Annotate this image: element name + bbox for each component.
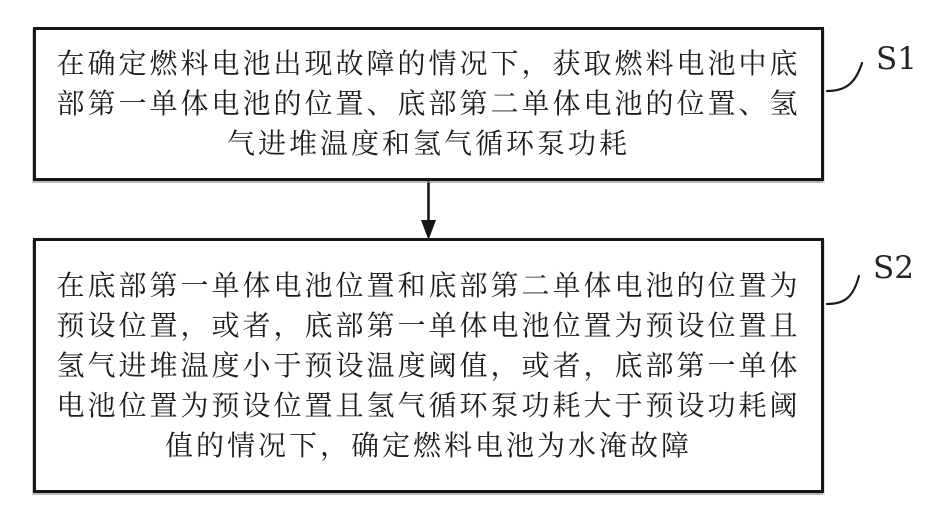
step-box-s2: 在底部第一单体电池位置和底部第二单体电池的位置为 预设位置，或者，底部第一单体电… — [33, 238, 824, 493]
arrowhead-icon — [421, 220, 436, 240]
step-s2-text-line: 值的情况下，确定燃料电池为水淹故障 — [36, 426, 821, 466]
leader-line-s1 — [827, 63, 862, 91]
step-s1-text-line: 部第一单体电池的位置、底部第二单体电池的位置、氢 — [36, 84, 821, 124]
step-label-s2: S2 — [873, 253, 914, 284]
step-box-s1: 在确定燃料电池出现故障的情况下，获取燃料电池中底 部第一单体电池的位置、底部第二… — [33, 27, 824, 181]
step-s2-text-line: 氢气进堆温度小于预设温度阈值，或者，底部第一单体 — [36, 346, 821, 386]
step-s2-text-line: 预设位置，或者，底部第一单体电池位置为预设位置且 — [36, 306, 821, 346]
leader-line-s2 — [827, 276, 859, 304]
step-s1-text-line: 气进堆温度和氢气循环泵功耗 — [36, 124, 821, 164]
step-s1-text-line: 在确定燃料电池出现故障的情况下，获取燃料电池中底 — [36, 44, 821, 84]
step-label-s1: S1 — [876, 44, 917, 75]
arrow-down-connector — [421, 181, 436, 240]
step-s2-text-line: 在底部第一单体电池位置和底部第二单体电池的位置为 — [36, 266, 821, 306]
step-s2-text-line: 电池位置为预设位置且氢气循环泵功耗大于预设功耗阈 — [36, 386, 821, 426]
flowchart-figure: 在确定燃料电池出现故障的情况下，获取燃料电池中底 部第一单体电池的位置、底部第二… — [0, 0, 927, 532]
